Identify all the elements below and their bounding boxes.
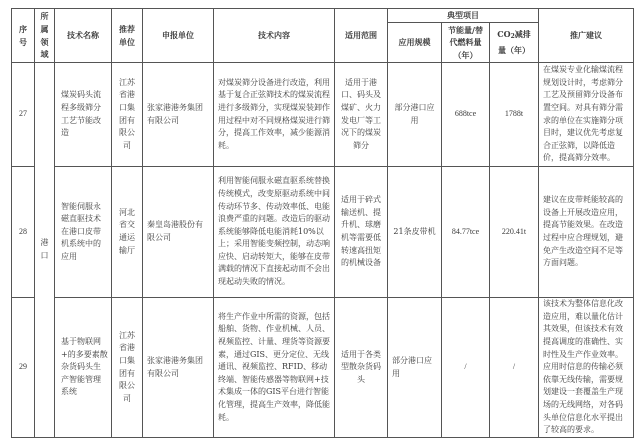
cell-promotion: 该技术为整体信息化改造应用，难以量化估计其效果，但该技术有效提高调度的准确性、实… — [539, 298, 634, 438]
cell-domain: 港口 — [35, 63, 55, 438]
cell-tech-content: 利用智能伺服永磁直驱系统替换传统模式，改变原驱动系统中间传动环节多、传动效率低、… — [214, 167, 335, 298]
cell-recommender: 江苏省港口集团有限公司 — [112, 298, 143, 438]
header-tech-name: 技术名称 — [55, 9, 112, 63]
cell-seq: 27 — [12, 63, 35, 167]
cell-scope: 适用于港口、码头及煤矿、火力发电厂等工况下的煤炭筛分 — [335, 63, 388, 167]
table-row: 28 智能伺服永磁直驱技术在港口皮带机系统中的应用 河北省交通运输厅 秦皇岛港股… — [12, 167, 634, 298]
header-domain: 所属领域 — [35, 9, 55, 63]
cell-tech-name: 煤炭码头流程多级筛分工艺节能改造 — [55, 63, 112, 167]
cell-co2-reduction: / — [490, 298, 539, 438]
header-app-scale: 应用规模 — [388, 23, 442, 63]
cell-app-scale: 21条皮带机 — [388, 167, 442, 298]
header-energy-saving: 节能量/替代燃料量（年） — [442, 23, 490, 63]
table-row: 27 港口 煤炭码头流程多级筛分工艺节能改造 江苏省港口集团有限公司 张家港港务… — [12, 63, 634, 167]
header-applicant: 申报单位 — [143, 9, 214, 63]
table-header: 序号 所属领域 技术名称 推荐单位 申报单位 技术内容 适用范围 典型项目 推广… — [12, 9, 634, 63]
cell-co2-reduction: 1788t — [490, 63, 539, 167]
cell-applicant: 张家港港务集团有限公司 — [143, 63, 214, 167]
cell-tech-name: 基于物联网+的多要素散杂货码头生产智能管理系统 — [55, 298, 112, 438]
header-seq: 序号 — [12, 9, 35, 63]
cell-co2-reduction: 220.41t — [490, 167, 539, 298]
table-body: 27 港口 煤炭码头流程多级筛分工艺节能改造 江苏省港口集团有限公司 张家港港务… — [12, 63, 634, 438]
technology-table: 序号 所属领域 技术名称 推荐单位 申报单位 技术内容 适用范围 典型项目 推广… — [11, 8, 634, 438]
cell-energy-saving: / — [442, 298, 490, 438]
cell-recommender: 江苏省港口集团有限公司 — [112, 63, 143, 167]
cell-app-scale: 部分港口应用 — [388, 298, 442, 438]
cell-promotion: 建议在皮带耗能较高的设备上开展改造应用，提高节能效果。在改造过程中应合理规划，避… — [539, 167, 634, 298]
cell-tech-content: 将生产作业中所需的资源，包括船舶、货物、作业机械、人员、视频监控、计量、理货等资… — [214, 298, 335, 438]
cell-energy-saving: 84.77tce — [442, 167, 490, 298]
table-row: 29 基于物联网+的多要素散杂货码头生产智能管理系统 江苏省港口集团有限公司 张… — [12, 298, 634, 438]
header-scope: 适用范围 — [335, 9, 388, 63]
cell-energy-saving: 688tce — [442, 63, 490, 167]
cell-tech-content: 对煤炭筛分设备进行改造，利用基于复合正弦筛技术的煤炭流程进行多级筛分，实现煤炭装… — [214, 63, 335, 167]
cell-scope: 适用于各类型散杂货码头 — [335, 298, 388, 438]
cell-seq: 29 — [12, 298, 35, 438]
cell-promotion: 在煤炭专业化输煤流程规划设计时，考虑筛分工艺及预留筛分设备布置空间。对具有筛分需… — [539, 63, 634, 167]
cell-scope: 适用于碎式输送机、提升机、球磨机等需要低转速高扭矩的机械设备 — [335, 167, 388, 298]
cell-tech-name: 智能伺服永磁直驱技术在港口皮带机系统中的应用 — [55, 167, 112, 298]
header-typical-project: 典型项目 — [388, 9, 539, 23]
cell-applicant: 秦皇岛港股份有限公司 — [143, 167, 214, 298]
header-promotion: 推广建议 — [539, 9, 634, 63]
header-recommender: 推荐单位 — [112, 9, 143, 63]
cell-applicant: 张家港港务集团有限公司 — [143, 298, 214, 438]
cell-recommender: 河北省交通运输厅 — [112, 167, 143, 298]
cell-seq: 28 — [12, 167, 35, 298]
header-tech-content: 技术内容 — [214, 9, 335, 63]
cell-app-scale: 部分港口应用 — [388, 63, 442, 167]
header-co2-reduction: CO2减排量（年） — [490, 23, 539, 63]
co2-prefix: CO — [497, 29, 510, 39]
